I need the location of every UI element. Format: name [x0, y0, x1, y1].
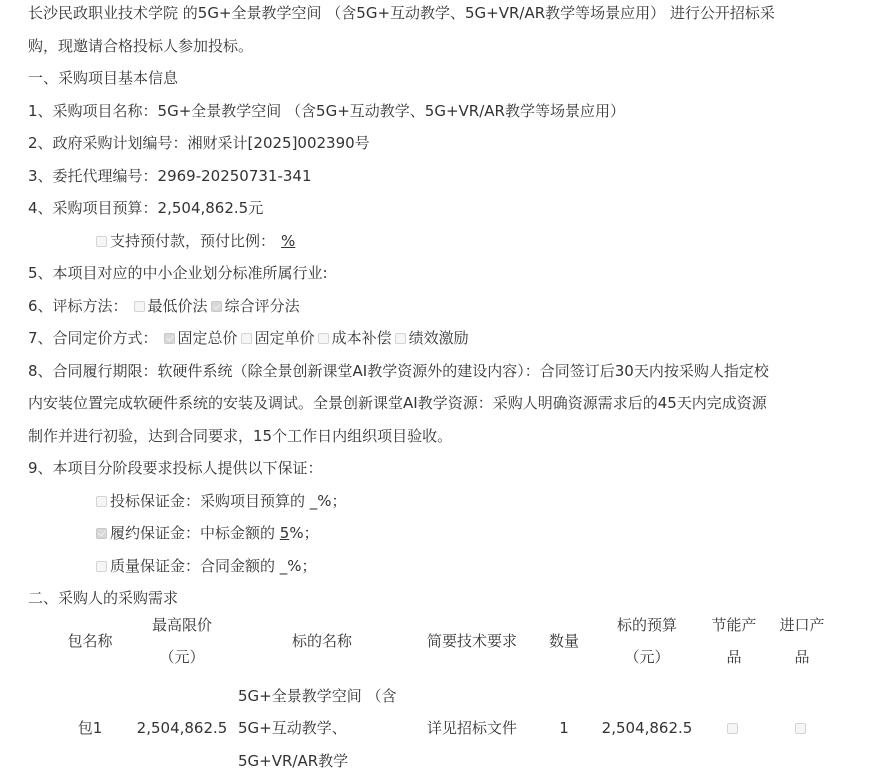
- header-budget: 标的预算 （元）: [594, 606, 700, 676]
- contract-period-line-1: 8、合同履行期限：软硬件系统（除全景创新课堂AI教学资源外的建设内容）：合同签订…: [28, 355, 848, 388]
- comprehensive-score-checkbox[interactable]: [211, 301, 222, 312]
- intro-line-2: 购，现邀请合格投标人参加投标。: [28, 30, 848, 63]
- fixed-unit-label: 固定单价: [255, 329, 315, 347]
- energy-saving-checkbox[interactable]: [727, 723, 738, 734]
- plan-number: 2、政府采购计划编号：湘财采计[2025]002390号: [28, 127, 848, 160]
- header-energy-saving: 节能产 品: [700, 606, 768, 676]
- project-budget: 4、采购项目预算：2,504,862.5元: [28, 192, 848, 225]
- prepay-label: 支持预付款，预付比例：: [110, 232, 275, 250]
- cell-max-price: 2,504,862.5: [130, 676, 234, 779]
- fixed-unit-checkbox[interactable]: [241, 333, 252, 344]
- bid-guarantee-label: 投标保证金：采购项目预算的: [110, 492, 310, 510]
- cost-reimbursement-checkbox[interactable]: [318, 333, 329, 344]
- procurement-requirements-table: 包名称 最高限价 （元） 标的名称 简要技术要求 数量 标的预算 （元） 节能产…: [50, 606, 836, 779]
- contract-period-line-2: 内安装位置完成软硬件系统的安装及调试。全景创新课堂AI教学资源：采购人明确资源需…: [28, 387, 848, 420]
- header-package: 包名称: [50, 606, 130, 676]
- performance-guarantee-value: 5: [280, 524, 290, 542]
- header-quantity: 数量: [534, 606, 594, 676]
- section-1-title: 一、采购项目基本信息: [28, 62, 848, 95]
- prepay-row: 支持预付款，预付比例：%: [28, 225, 848, 258]
- bid-guarantee-suffix: %；: [317, 492, 346, 510]
- quality-guarantee-label: 质量保证金：合同金额的: [110, 557, 280, 575]
- prepay-ratio: %: [281, 232, 295, 250]
- table-row: 包1 2,504,862.5 5G+全景教学空间 （含 5G+互动教学、 5G+…: [50, 676, 836, 779]
- bid-guarantee-row: 投标保证金：采购项目预算的 _%；: [28, 485, 848, 518]
- quality-guarantee-suffix: %；: [287, 557, 316, 575]
- cell-quantity: 1: [534, 676, 594, 779]
- performance-guarantee-row: 履约保证金：中标金额的 5%；: [28, 517, 848, 550]
- cost-reimbursement-label: 成本补偿: [332, 329, 392, 347]
- table-header-row: 包名称 最高限价 （元） 标的名称 简要技术要求 数量 标的预算 （元） 节能产…: [50, 606, 836, 676]
- contract-period-line-3: 制作并进行初验，达到合同要求，15个工作日内组织项目验收。: [28, 420, 848, 453]
- cell-budget: 2,504,862.5: [594, 676, 700, 779]
- performance-guarantee-checkbox[interactable]: [96, 528, 107, 539]
- pricing-method-row: 7、合同定价方式：固定总价固定单价成本补偿绩效激励: [28, 322, 848, 355]
- fixed-total-checkbox[interactable]: [164, 333, 175, 344]
- intro-line-1: 长沙民政职业技术学院 的5G+全景教学空间 （含5G+互动教学、5G+VR/AR…: [28, 0, 848, 30]
- header-imported: 进口产 品: [768, 606, 836, 676]
- cell-energy-saving: [700, 676, 768, 779]
- guarantee-title: 9、本项目分阶段要求投标人提供以下保证：: [28, 452, 848, 485]
- comprehensive-score-label: 综合评分法: [225, 297, 300, 315]
- performance-incentive-label: 绩效激励: [409, 329, 469, 347]
- agency-number: 3、委托代理编号：2969-20250731-341: [28, 160, 848, 193]
- sme-industry: 5、本项目对应的中小企业划分标准所属行业:: [28, 257, 848, 290]
- bid-guarantee-checkbox[interactable]: [96, 496, 107, 507]
- cell-subject-name: 5G+全景教学空间 （含 5G+互动教学、 5G+VR/AR教学: [234, 676, 410, 779]
- cell-imported: [768, 676, 836, 779]
- announcement-document: 长沙民政职业技术学院 的5G+全景教学空间 （含5G+互动教学、5G+VR/AR…: [28, 0, 848, 615]
- header-max-price: 最高限价 （元）: [130, 606, 234, 676]
- quality-guarantee-row: 质量保证金：合同金额的 _%；: [28, 550, 848, 583]
- lowest-price-label: 最低价法: [148, 297, 208, 315]
- evaluation-method-label: 6、评标方法：: [28, 297, 128, 315]
- cell-tech-requirements: 详见招标文件: [410, 676, 534, 779]
- project-name: 1、采购项目名称：5G+全景教学空间 （含5G+互动教学、5G+VR/AR教学等…: [28, 95, 848, 128]
- performance-guarantee-label: 履约保证金：中标金额的: [110, 524, 280, 542]
- imported-checkbox[interactable]: [795, 723, 806, 734]
- performance-guarantee-suffix: %；: [289, 524, 318, 542]
- header-subject-name: 标的名称: [234, 606, 410, 676]
- pricing-method-label: 7、合同定价方式：: [28, 329, 158, 347]
- quality-guarantee-checkbox[interactable]: [96, 561, 107, 572]
- fixed-total-label: 固定总价: [178, 329, 238, 347]
- performance-incentive-checkbox[interactable]: [395, 333, 406, 344]
- cell-package: 包1: [50, 676, 130, 779]
- prepay-checkbox[interactable]: [96, 236, 107, 247]
- header-tech-requirements: 简要技术要求: [410, 606, 534, 676]
- evaluation-method-row: 6、评标方法：最低价法综合评分法: [28, 290, 848, 323]
- lowest-price-checkbox[interactable]: [134, 301, 145, 312]
